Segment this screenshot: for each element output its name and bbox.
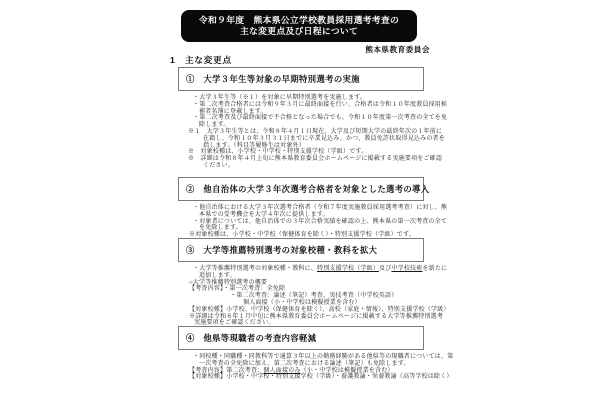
underlined-text: 個人面接のみ: [263, 368, 300, 374]
text-line: ・他自治体における大学３年次選考合格者（令和７年度実施教員採用選考考査）に対し、…: [193, 205, 424, 212]
text-line: ・同校種・同職種・同教科等で通算３年以上の勤務経験がある他県等の現職者については…: [193, 354, 424, 361]
text-run: 補者名簿に登載します。: [199, 109, 267, 115]
text-run: 個人面接（小・中学校は模擬授業を含む）: [243, 300, 361, 306]
section-box-title: ② 他自治体の大学３年次選考合格者を対象とした選考の導入: [178, 177, 424, 201]
section-2: ② 他自治体の大学３年次選考合格者を対象とした選考の導入・他自治体における大学３…: [178, 177, 424, 239]
text-line: 【対象校種】小学校、中学校（保健体育を除く）、高校（家庭・情報）、特別支援学校（…: [189, 307, 424, 314]
text-run: 【考査内容】第二次考査：: [189, 368, 263, 374]
text-run: ・大学３年生等（※１）を対象に早期特別選考を実施します。: [193, 95, 366, 101]
text-run: ・対象者については、他自治体での３年次合格実績を確認の上、熊本県の第一次考査の全…: [193, 219, 447, 225]
text-run: 追加します。: [199, 273, 236, 279]
text-run: ※ 詳細は令和８年４月上旬に熊本県教育委員会ホームページに掲載する実施要項をご確…: [188, 156, 442, 162]
section-box-title: ① 大学３年生等対象の早期特別選考の実施: [178, 67, 424, 91]
text-line: ください。: [203, 163, 424, 170]
text-run: を免除します。: [199, 225, 242, 231]
text-line: 【対象校種】小学校・中学校・特別支援学校（学級）・養護教諭・栄養教諭（高等学校は…: [189, 374, 424, 381]
text-line: ・大学３年生等（※１）を対象に早期特別選考を実施します。: [193, 95, 424, 102]
text-line: 個人面接（小・中学校は模擬授業を含む）: [243, 300, 424, 307]
section-body: ・大学３年生等（※１）を対象に早期特別選考を実施します。・第二次考査合格者には令…: [178, 91, 424, 170]
text-line: ・第二次考査合格者には令和９年３月に最終面接を行い、合格者は令和１０年度教員採用…: [193, 102, 424, 109]
underlined-text: 中学校技術: [391, 266, 422, 272]
section-box-title: ③ 大学等推薦特別選考の対象校種・教科を拡大: [178, 238, 424, 262]
text-run: 及び: [379, 266, 391, 272]
underlined-text: 特別支援学校（学級）: [317, 266, 379, 272]
section-3: ③ 大学等推薦特別選考の対象校種・教科を拡大・大学等推薦特別選考の対象校種・教科…: [178, 238, 424, 327]
text-run: 除します。: [199, 122, 230, 128]
text-run: ください。: [203, 163, 234, 169]
text-line: 追加します。: [199, 273, 424, 280]
text-line: 除します。: [199, 122, 424, 129]
text-run: ・同校種・同職種・同教科等で通算３年以上の勤務経験がある他県等の現職者については…: [193, 354, 453, 360]
text-run: を新たに: [422, 266, 447, 272]
text-line: ・大学等推薦特別選考の対象校種・教科に、特別支援学校（学級）及び中学校技術を新た…: [193, 266, 424, 273]
text-run: 【対象校種】小学校、中学校（保健体育を除く）、高校（家庭・情報）、特別支援学校（…: [189, 307, 450, 313]
text-run: ○大学等推薦特別選考の概要: [189, 280, 267, 286]
section-1: ① 大学３年生等対象の早期特別選考の実施・大学３年生等（※１）を対象に早期特別選…: [178, 67, 424, 170]
sections: ① 大学３年生等対象の早期特別選考の実施・大学３年生等（※１）を対象に早期特別選…: [178, 0, 426, 400]
text-run: 在籍し、令和１０年３月３１日までに卒業見込み、かつ、教員免許状取得見込みの者を: [203, 136, 445, 142]
section-box-title: ④ 他県等現職者の考査内容軽減: [178, 326, 424, 350]
section-4: ④ 他県等現職者の考査内容軽減・同校種・同職種・同教科等で通算３年以上の勤務経験…: [178, 326, 424, 381]
text-run: 【考査内容】・第一次考査：全免除: [189, 286, 285, 292]
text-run: ・他自治体における大学３年次選考合格者（令和７年度実施教員採用選考考査）に対し、…: [193, 205, 447, 211]
text-run: ※詳細は令和８年１月中旬に熊本県教育委員会ホームページに掲載する大学等推薦特別選…: [189, 314, 443, 320]
text-run: ※ 対象校種は、小学校・中学校・特別支援学校（学級）です。: [188, 149, 367, 155]
text-line: ※１ 大学３年生等とは、令和８年４月１日現在、大学及び短期大学の最終年次の１年前…: [188, 129, 424, 136]
document-page: 令和９年度 熊本県公立学校教員採用選考考査の 主な変更点及び日程について 熊本県…: [0, 0, 600, 400]
section-body: ・同校種・同職種・同教科等で通算３年以上の勤務経験がある他県等の現職者については…: [178, 350, 424, 381]
section-body: ・他自治体における大学３年次選考合格者（令和７年度実施教員採用選考考査）に対し、…: [178, 201, 424, 239]
text-run: ・第二次考査合格者には令和９年３月に最終面接を行い、合格者は令和１０年度教員採用…: [193, 102, 447, 108]
text-run: 指します。（科目等履修生は対象外）: [203, 143, 305, 149]
text-run: ※１ 大学３年生等とは、令和８年４月１日現在、大学及び短期大学の最終年次の１年前…: [188, 129, 442, 135]
text-run: ・第二次考査及び最終面接で不合格となった場合でも、令和１０年度第一次考査の全てを…: [193, 115, 447, 121]
text-run: 本県での受考機会を大学４年次に提供します。: [199, 212, 329, 218]
text-line: 一次考査の全免除に加え、第二次考査における論述（筆記）も免除します。: [199, 361, 424, 368]
text-line: ・第二次考査：論述（筆記）考査、実技考査（中学校英語）: [230, 293, 424, 300]
text-line: 本県での受考機会を大学４年次に提供します。: [199, 212, 424, 219]
section-body: ・大学等推薦特別選考の対象校種・教科に、特別支援学校（学級）及び中学校技術を新た…: [178, 262, 424, 327]
text-line: ※ 詳細は令和８年４月上旬に熊本県教育委員会ホームページに掲載する実施要項をご確…: [188, 156, 424, 163]
text-run: ・大学等推薦特別選考の対象校種・教科に、: [193, 266, 317, 272]
text-line: 在籍し、令和１０年３月３１日までに卒業見込み、かつ、教員免許状取得見込みの者を: [203, 136, 424, 143]
text-run: 【対象校種】小学校・中学校・特別支援学校（学級）・養護教諭・栄養教諭（高等学校は…: [189, 374, 453, 380]
text-run: ・第二次考査：論述（筆記）考査、実技考査（中学校英語）: [230, 293, 397, 299]
text-run: 一次考査の全免除に加え、第二次考査における論述（筆記）も免除します。: [199, 361, 410, 367]
text-run: （小・中学校は模擬授業を含む）: [301, 368, 394, 374]
